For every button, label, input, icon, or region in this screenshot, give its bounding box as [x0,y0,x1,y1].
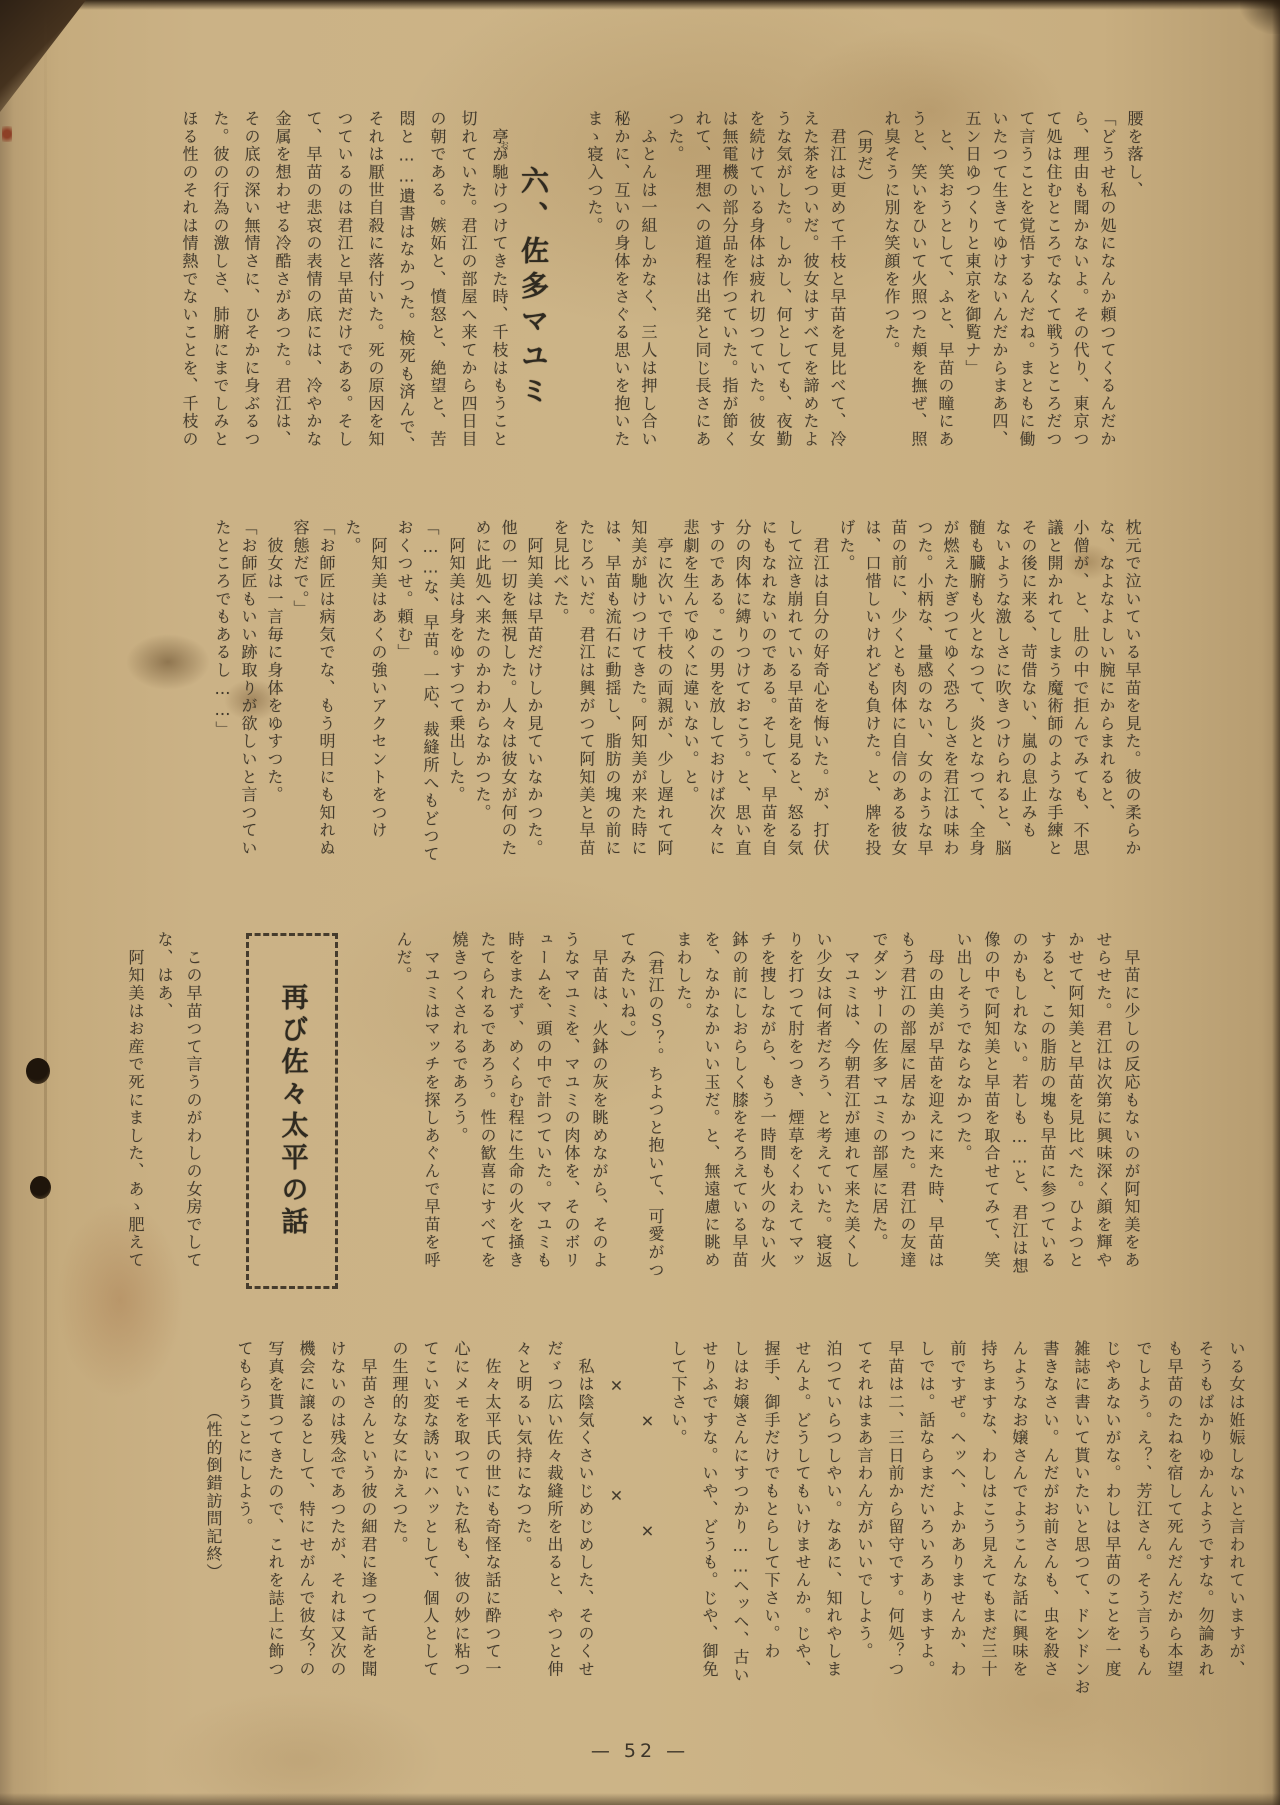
text-block-3-right: 早苗に少しの反応もないのが阿知美をあ せらせた。君江は次第に興味深く顔を輝や か… [389,931,1145,1323]
page-bottom-edge [0,1793,1280,1805]
page-top-edge [0,0,1280,10]
page-number: — 52 — [0,1740,1280,1762]
dark-corner-top-right [1240,0,1280,34]
text-block-1-left: 亭が馳けつけてきた時、千枝はもうこと 切れていた。君江の部屋へ来てから四日目 の… [174,110,515,502]
text-block-1-right: 腰を落し、 「どうせ私の処になんか頼つてくるんだか ら、理由も聞かないよ。その代… [581,110,1148,502]
text-block-2: 枕元で泣いている早苗を見た。彼の柔らか な、なよなよしい腕にからまれると、 小僧… [209,519,1145,911]
boxed-heading-label: 再び佐々太平の話 [273,983,312,1239]
text-block-3-left: この早苗つて言うのがわしの女房でして な、はあ、 阿知美はお産で死にました、あゝ… [121,931,208,1323]
punch-hole-upper [26,1058,50,1084]
binding-crease [44,0,47,1805]
magazine-page: 腰を落し、 「どうせ私の処になんか頼つてくるんだか ら、理由も聞かないよ。その代… [0,0,1280,1805]
torn-corner [0,0,86,112]
punch-hole-lower [30,1176,51,1199]
page-right-edge [1272,0,1280,1805]
red-stain [2,126,12,142]
chapter-heading: 六、佐多マユミ [513,166,553,466]
text-block-4: いる女は姙娠しないと言われていますが、 そうもばかりゆかんようですな。勿論あれ … [198,1340,1252,1732]
boxed-section-heading: 再び佐々太平の話 [246,933,338,1289]
